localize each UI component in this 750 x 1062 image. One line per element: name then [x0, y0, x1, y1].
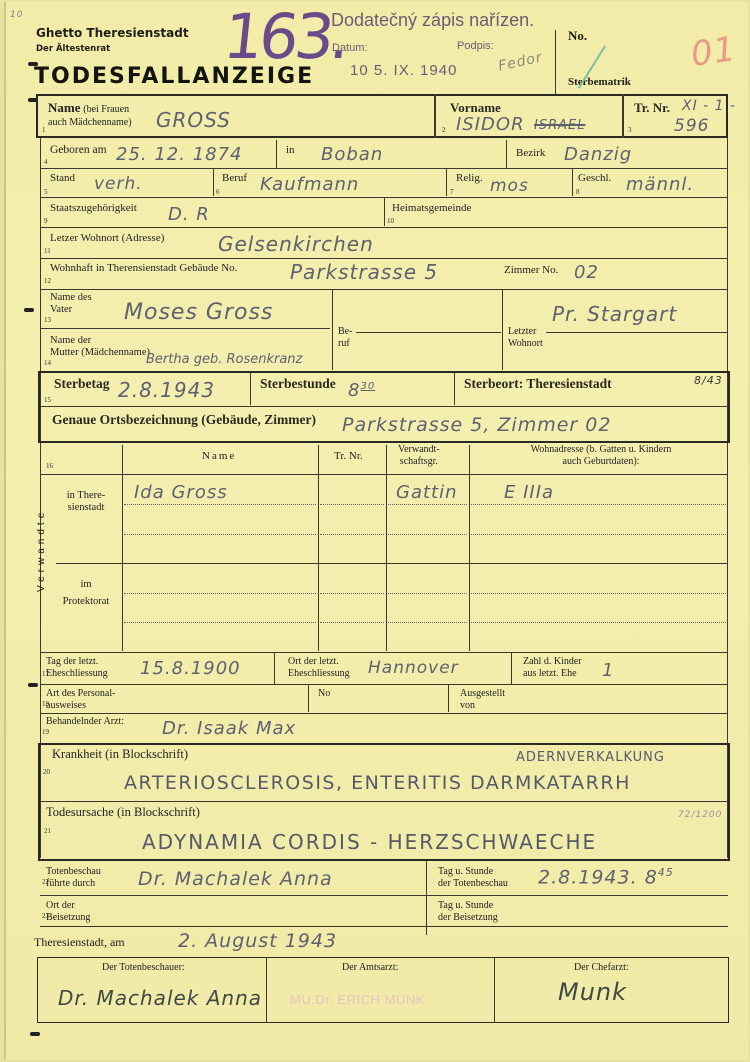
ausgestellt-label: Ausgestelltvon	[460, 688, 505, 712]
relig-value: mos	[490, 176, 529, 196]
burial-time-label: Tag u. Stundeder Beisetzung	[438, 900, 498, 924]
doctor-value: Dr. Isaak Max	[162, 718, 296, 739]
group-theresienstadt: in There-sienstadt	[56, 490, 116, 514]
mutter-label: Name derMutter (Mädchenname)	[50, 335, 150, 359]
field-num: 11	[44, 247, 51, 255]
field-num: 10	[387, 217, 394, 225]
sterbestunde-label: Sterbestunde	[260, 376, 336, 392]
row-line	[40, 713, 728, 714]
corner-mark: 10	[10, 10, 23, 20]
divider	[494, 957, 495, 1023]
dotted-line	[471, 504, 726, 505]
row-line	[40, 474, 728, 475]
field-num: 16	[46, 462, 53, 470]
col-trnr: Tr. Nr.	[334, 450, 363, 462]
inspection-value: Dr. Machalek Anna	[138, 868, 333, 890]
dotted-line	[320, 622, 384, 623]
ortsbez-value: Parkstrasse 5, Zimmer 02	[342, 414, 611, 436]
cause-label: Todesursache (in Blockschrift)	[46, 806, 200, 818]
vater-value: Moses Gross	[124, 300, 273, 325]
dotted-line	[320, 593, 384, 594]
sterbeort-mark: 8/43	[694, 374, 723, 387]
dotted-line	[124, 534, 316, 535]
inspection-time-value: 2.8.1943. 845	[538, 866, 674, 888]
illness-value: ARTERIOSCLEROSIS, ENTERITIS DARMKATARRH	[124, 772, 631, 794]
group-protektorat: imProtektorat	[54, 576, 118, 610]
cause-value: ADYNAMIA CORDIS - HERZSCHWAECHE	[142, 830, 597, 854]
amtsarzt-stamp: MU.Dr. ERICH MUNK	[290, 992, 425, 1007]
cause-mark: 72/1200	[678, 810, 722, 820]
illness-value-top: ADERNVERKALKUNG	[516, 750, 665, 765]
red-mark: 01	[688, 29, 738, 75]
chefarzt-signature: Munk	[558, 978, 627, 1006]
place-date-value: 2. August 1943	[178, 930, 337, 952]
field-num: 5	[44, 188, 48, 196]
zimmer-value: 02	[574, 262, 599, 283]
parent-beruf-label: Be-ruf	[338, 326, 352, 350]
divider	[386, 445, 387, 651]
dotted-line	[388, 622, 467, 623]
divider	[213, 168, 214, 196]
field-num: 14	[44, 359, 51, 367]
divider	[448, 684, 449, 712]
row-line	[56, 563, 728, 564]
beruf-value: Kaufmann	[260, 174, 359, 195]
place-date-label: Theresienstadt, am	[34, 936, 125, 948]
row-line	[40, 328, 330, 329]
field-num: 20	[43, 768, 50, 776]
divider	[274, 652, 275, 684]
dotted-line	[320, 504, 384, 505]
binder-hole	[28, 683, 38, 687]
staat-label: Staatszugehörigkeit	[50, 202, 137, 214]
wohnort-label: Letzer Wohnort (Adresse)	[50, 232, 164, 244]
mutter-value: Bertha geb. Rosenkranz	[146, 352, 302, 367]
col-name: Name	[202, 450, 236, 462]
field-num: 23	[42, 912, 49, 920]
field-num: 1	[42, 126, 46, 134]
field-num: 15	[44, 396, 51, 404]
field-num: 8	[576, 188, 580, 196]
divider	[332, 290, 333, 370]
marriage-date-value: 15.8.1900	[140, 658, 241, 679]
field-num: 6	[216, 188, 220, 196]
row-line	[40, 406, 728, 407]
sterbeort-label: Sterbeort: Theresienstadt	[464, 376, 612, 392]
wohnhaft-label: Wohnhaft in Therensienstadt Gebäude No.	[50, 262, 237, 274]
row-line	[40, 684, 728, 685]
geschl-label: Geschl.	[578, 172, 611, 184]
divider	[308, 684, 309, 712]
bezirk-value: Danzig	[564, 144, 632, 165]
birthdate-value: 25. 12. 1874	[116, 144, 243, 165]
bezirk-label: Bezirk	[516, 147, 545, 159]
row-line	[40, 652, 728, 653]
zimmer-label: Zimmer No.	[504, 264, 558, 276]
dotted-line	[124, 504, 316, 505]
dotted-line	[124, 622, 316, 623]
divider	[266, 957, 267, 1023]
stamp-line: Dodatečný zápis nařízen.	[331, 10, 534, 31]
children-value: 1	[602, 660, 614, 681]
relative-verwandtschaft: Gattin	[396, 482, 458, 503]
org-sub: Der Ältestenrat	[36, 44, 110, 54]
wohnhaft-value: Parkstrasse 5	[290, 260, 438, 284]
dotted-line	[320, 534, 384, 535]
relig-label: Relig.	[456, 172, 483, 184]
field-num: 18	[42, 700, 49, 708]
field-num: 7	[450, 188, 454, 196]
field-num: 12	[44, 277, 51, 285]
marriage-place-value: Hannover	[368, 658, 459, 678]
sterbetag-label: Sterbetag	[54, 376, 109, 392]
divider	[572, 168, 573, 196]
geboren-label: Geboren am	[50, 144, 107, 156]
firstname-value: ISIDOR	[456, 114, 525, 135]
col-verwandtschaft: Verwandt-schaftsgr.	[398, 444, 440, 468]
letzter-wohnort-value: Pr. Stargart	[552, 302, 677, 326]
burial-place-label: Ort derBeisetzung	[46, 900, 90, 924]
col-wohnadresse: Wohnadresse (b. Gatten u. Kindernauch Ge…	[476, 444, 726, 468]
dotted-line	[471, 622, 726, 623]
chefarzt-label: Der Chefarzt:	[574, 962, 629, 974]
row-line	[40, 801, 728, 802]
name-box	[36, 94, 728, 138]
org-name: Ghetto Theresienstadt	[36, 26, 189, 40]
form-sheet: 10 Ghetto Theresienstadt Der Ältestenrat…	[4, 2, 748, 1060]
podpis-label: Podpis:	[457, 40, 494, 52]
dotted-line	[388, 534, 467, 535]
divider	[469, 445, 470, 651]
id-type-label: Art des Personal-ausweises	[46, 688, 115, 712]
row-line	[40, 289, 728, 290]
divider	[318, 445, 319, 651]
inspection-time-label: Tag u. Stundeder Totenbeschau	[438, 866, 508, 890]
staat-value: D. R	[168, 204, 210, 225]
heimat-label: Heimatsgemeinde	[392, 202, 471, 214]
divider	[511, 652, 512, 684]
field-num: 3	[628, 126, 632, 134]
divider	[446, 168, 447, 196]
field-num: 2	[442, 126, 446, 134]
vater-label: Name desVater	[50, 292, 92, 316]
ortsbez-label: Genaue Ortsbezeichnung (Gebäude, Zimmer)	[52, 412, 316, 428]
divider	[454, 373, 455, 405]
divider	[276, 140, 277, 168]
dotted-line	[388, 593, 467, 594]
row-line	[40, 227, 728, 228]
row-line	[40, 168, 728, 169]
row-line	[40, 895, 728, 896]
row-line	[40, 258, 728, 259]
dotted-line	[471, 593, 726, 594]
header-divider	[555, 30, 556, 94]
marriage-place-label: Ort der letzt.Eheschliessung	[288, 656, 350, 680]
inspection-label: Totenbeschauführte durch	[46, 866, 101, 890]
datum-label: Datum:	[332, 42, 367, 54]
stand-value: verh.	[94, 174, 143, 194]
row-line	[40, 926, 728, 927]
amtsarzt-label: Der Amtsarzt:	[342, 962, 398, 974]
divider	[506, 140, 507, 168]
geschl-value: männl.	[626, 174, 694, 195]
divider	[250, 373, 251, 405]
dotted-line	[388, 504, 467, 505]
divider	[502, 290, 503, 370]
binder-hole	[30, 1032, 40, 1036]
no-label: No.	[568, 28, 587, 44]
in-label: in	[286, 144, 295, 156]
dotted-line	[124, 593, 316, 594]
letzter-wohnort-label: LetzterWohnort	[508, 326, 543, 350]
totenbeschauer-label: Der Totenbeschauer:	[102, 962, 185, 974]
doctor-label: Behandelnder Arzt:	[46, 716, 124, 728]
name-label: Name (bei Frauen auch Mädchenname)	[48, 102, 132, 129]
trnr-value-1: XI - 1 -	[682, 98, 736, 114]
field-num: 22	[42, 878, 49, 886]
sterbestunde-value: 830	[348, 380, 375, 401]
field-num: 21	[44, 827, 51, 835]
field-num: 19	[42, 728, 49, 736]
field-num: 4	[44, 158, 48, 166]
row-line	[546, 332, 728, 333]
illness-label: Krankheit (in Blockschrift)	[52, 748, 188, 760]
sterbetag-value: 2.8.1943	[118, 378, 215, 402]
binder-hole	[24, 308, 34, 312]
relative-name: Ida Gross	[134, 482, 228, 503]
beruf-label: Beruf	[222, 172, 247, 184]
marriage-date-label: Tag der letzt.Eheschliessung	[46, 656, 108, 680]
divider	[622, 94, 624, 138]
wohnort-value: Gelsenkirchen	[218, 232, 374, 256]
field-num: 13	[44, 316, 51, 324]
verwandte-side-label: Verwandte	[36, 509, 47, 592]
trnr-label: Tr. Nr.	[634, 100, 670, 116]
divider	[384, 198, 385, 226]
field-num: 17	[42, 670, 49, 678]
birthplace-value: Boban	[321, 144, 383, 165]
divider	[122, 445, 123, 651]
stand-label: Stand	[50, 172, 75, 184]
relative-wohnadresse: E IIIa	[504, 482, 554, 503]
children-label: Zahl d. Kinderaus letzt. Ehe	[523, 656, 582, 680]
datum-value: 10 5. IX. 1940	[350, 62, 457, 79]
row-line	[356, 332, 501, 333]
trnr-value-2: 596	[674, 116, 709, 136]
id-no-label: No	[318, 688, 330, 700]
dotted-line	[471, 534, 726, 535]
field-num: 9	[44, 217, 48, 225]
struck-middle-name: ISRAEL	[534, 118, 585, 133]
podpis-signature: Fedor	[497, 50, 544, 75]
surname-value: GROSS	[156, 108, 231, 132]
divider	[426, 861, 427, 935]
divider	[434, 94, 436, 138]
totenbeschauer-signature: Dr. Machalek Anna	[58, 986, 262, 1010]
